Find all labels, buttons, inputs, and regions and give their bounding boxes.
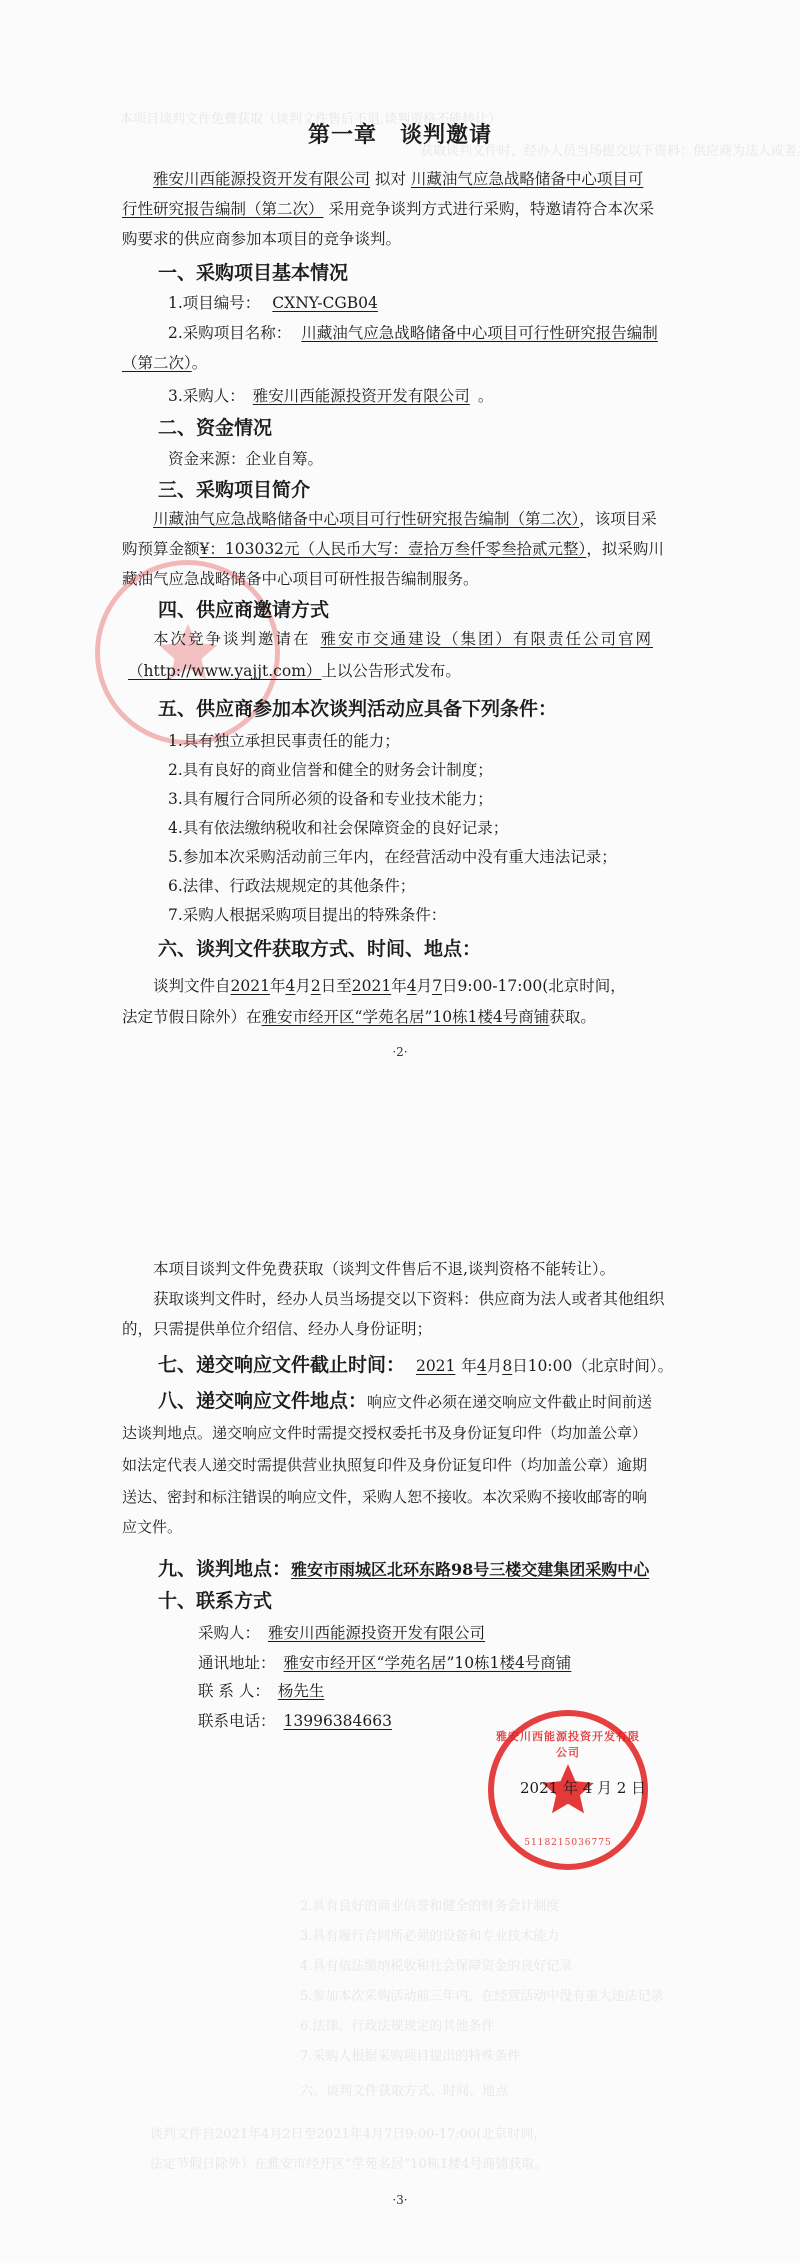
required-docs-line-2: 的，只需提供单位介绍信、经办人身份证明； [122,1318,432,1340]
chapter-title: 第一章 谈判邀请 [0,118,800,149]
phone-number: 13996384663 [276,1712,400,1730]
seal-company-name: 雅安川西能源投资开发有限公司 [494,1728,642,1760]
bleed-through-text: 法定节假日除外）在雅安市经开区“学苑名居”10栋1楼4号商铺获取。 [150,2153,547,2172]
bleed-through-text: 4.具有依法缴纳税收和社会保障资金的良好记录 [300,1955,572,1974]
invitation-line-1: 本次竞争谈判邀请在雅安市交通建设（集团）有限责任公司官网 [153,628,653,650]
section-2-title: 二、资金情况 [158,415,272,441]
submission-line-5: 应文件。 [122,1516,182,1538]
overview-line-1: 川藏油气应急战略储备中心项目可行性研究报告编制（第二次），该项目采 [153,508,657,530]
condition-item: 6.法律、行政法规规定的其他条件； [168,875,415,897]
bleed-through-text: 5.参加本次采购活动前三年内，在经营活动中没有重大违法记录 [300,1985,663,2004]
submission-line-2: 达谈判地点。递交响应文件时需提交授权委托书及身份证复印件（均加盖公章） [122,1422,647,1444]
project-name: 川藏油气应急战略储备中心项目可 [411,170,644,188]
section-5-title: 五、供应商参加本次谈判活动应具备下列条件： [158,696,557,722]
condition-item: 7.采购人根据采购项目提出的特殊条件： [168,904,446,926]
seal-code: 5118215036775 [494,1838,642,1848]
page-2: 本项目谈判文件免费获取（谈判文件售后不退,谈判资格不能转让） 获取谈判文件时，经… [0,0,800,1120]
submission-line-4: 送达、密封和标注错误的响应文件，采购人恕不接收。本次采购不接收邮寄的响 [122,1486,647,1508]
condition-item: 4.具有依法缴纳税收和社会保障资金的良好记录； [168,817,508,839]
contact-purchaser: 采购人：雅安川西能源投资开发有限公司 [198,1622,493,1644]
invitation-line-2: （http://www.yajjt.com）上以公告形式发布。 [128,660,461,682]
section-3-title: 三、采购项目简介 [158,477,310,503]
project-name-line: 2.采购项目名称：川藏油气应急战略储备中心项目可行性研究报告编制 [168,322,658,344]
website-link[interactable]: （http://www.yajjt.com） [128,662,321,680]
page-number: ·3· [0,2193,800,2207]
project-name-line-2: （第二次）。 [122,352,207,374]
funding-source: 资金来源：企业自筹。 [168,448,323,470]
purchaser-line: 3.采购人：雅安川西能源投资开发有限公司。 [168,385,493,407]
page-3: 本项目谈判文件免费获取（谈判文件售后不退,谈判资格不能转让）。 获取谈判文件时，… [0,1120,800,2263]
page-number: ·2· [0,1045,800,1059]
condition-item: 2.具有良好的商业信誉和健全的财务会计制度； [168,759,493,781]
signature-date: 2021 年 4 月 2 日 [520,1777,646,1798]
section-7-deadline: 七、递交响应文件截止时间： 2021年4月8日10:00（北京时间）。 [158,1352,673,1379]
section-8-location: 八、递交响应文件地点：响应文件必须在递交响应文件截止时间前送 [158,1388,652,1415]
project-number-value: CXNY-CGB04 [260,294,390,312]
condition-item: 1.具有独立承担民事责任的能力； [168,730,400,752]
submission-line-3: 如法定代表人递交时需提供营业执照复印件及身份证复印件（均加盖公章）逾期 [122,1454,647,1476]
bleed-through-text: 2.具有良好的商业信誉和健全的财务会计制度 [300,1895,559,1914]
acquisition-time-line: 谈判文件自2021年4月2日至2021年4月7日9:00-17:00(北京时间， [153,975,626,997]
bleed-through-text: 6.法律、行政法规规定的其他条件 [300,2015,494,2034]
section-6-title: 六、谈判文件获取方式、时间、地点： [158,936,481,962]
contact-address: 通讯地址：雅安市经开区“学苑名居”10栋1楼4号商铺 [198,1652,579,1674]
free-acquisition-line: 本项目谈判文件免费获取（谈判文件售后不退,谈判资格不能转让）。 [153,1258,615,1280]
condition-item: 3.具有履行合同所必须的设备和专业技术能力； [168,788,493,810]
condition-item: 5.参加本次采购活动前三年内，在经营活动中没有重大违法记录； [168,846,617,868]
section-9-negotiation-place: 九、谈判地点：雅安市雨城区北环东路98号三楼交建集团采购中心 [158,1556,663,1583]
bleed-through-text: 六、谈判文件获取方式、时间、地点 [300,2080,508,2099]
overview-line-2: 购预算金额¥：103032元（人民币大写：壹拾万叁仟零叁拾贰元整），拟采购川 [122,538,664,560]
acquisition-place-line: 法定节假日除外）在雅安市经开区“学苑名居”10栋1楼4号商铺获取。 [122,1006,596,1028]
bleed-through-text: 谈判文件自2021年4月2日至2021年4月7日9:00-17:00(北京时间， [150,2123,546,2142]
intro-line-2: 行性研究报告编制（第二次） 采用竞争谈判方式进行采购，特邀请符合本次采 [122,198,654,220]
purchaser-name: 雅安川西能源投资开发有限公司 [153,170,370,188]
intro-line-3: 购要求的供应商参加本项目的竞争谈判。 [122,228,401,250]
section-1-title: 一、采购项目基本情况 [158,260,348,286]
section-10-title: 十、联系方式 [158,1588,272,1614]
contact-phone: 联系电话：13996384663 [198,1710,400,1732]
section-4-title: 四、供应商邀请方式 [158,597,329,623]
intro-line-1: 雅安川西能源投资开发有限公司 拟对 川藏油气应急战略储备中心项目可 [153,168,643,190]
required-docs-line-1: 获取谈判文件时，经办人员当场提交以下资料：供应商为法人或者其他组织 [153,1288,665,1310]
bleed-through-text: 3.具有履行合同所必须的设备和专业技术能力 [300,1925,559,1944]
budget-amount: ¥：103032元（人民币大写：壹拾万叁仟零叁拾贰元整） [200,540,587,558]
project-number: 1.项目编号：CXNY-CGB04 [168,292,390,314]
bleed-through-text: 7.采购人根据采购项目提出的特殊条件 [300,2045,520,2064]
contact-person: 联 系 人：杨先生 [198,1680,332,1702]
